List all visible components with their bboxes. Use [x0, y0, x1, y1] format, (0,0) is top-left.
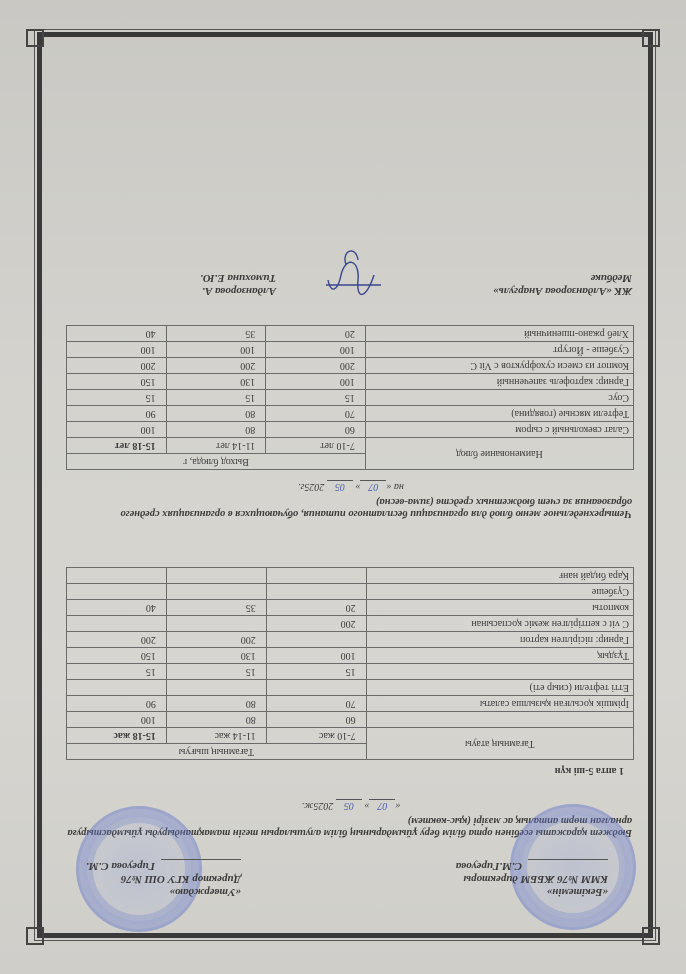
dish-name-cell: Салат свекольный с сыром — [365, 422, 633, 438]
portion-cell: 80 — [166, 422, 266, 438]
portion-cell: 200 — [266, 616, 366, 632]
signature-name: Алданзорова А. — [200, 284, 276, 297]
ru-table-body: Салат свекольный с сыром6080100Тефтели м… — [67, 326, 634, 438]
dish-name-cell — [366, 712, 633, 728]
kz-col-age: 7-10 жас — [266, 728, 366, 744]
portion-cell: 20 — [266, 326, 366, 342]
ru-menu-date: на «07» 05 2025г. — [66, 480, 636, 493]
portion-cell: 70 — [266, 696, 366, 712]
portion-cell: 200 — [166, 358, 266, 374]
approval-kz-name: С.М.Гиреуова — [456, 860, 522, 872]
corner-ornament — [26, 927, 44, 945]
date-year: 2025ж. — [302, 800, 334, 811]
signature-name: Тимохина Е.Ю. — [200, 271, 276, 284]
portion-cell — [67, 616, 167, 632]
signature-right: Алданзорова А. Тимохина Е.Ю. — [200, 271, 276, 297]
date-month: 05 — [327, 480, 353, 492]
table-row: 6080100 — [67, 712, 634, 728]
date-day: 07 — [360, 480, 386, 492]
date-quote: » — [364, 800, 369, 811]
portion-cell: 100 — [266, 648, 366, 664]
table-row: Тефтели мясные (говядина)708090 — [67, 406, 634, 422]
approval-ru-position: Директор КГУ ОШ №76 — [86, 872, 241, 885]
portion-cell: 15 — [67, 664, 167, 680]
table-row: Тұздық100130150 — [67, 648, 634, 664]
portion-cell: 90 — [67, 406, 167, 422]
kz-menu-table: Тағамның атауы Тағамның шығуы 7-10 жас 1… — [66, 567, 634, 760]
table-row: Хлеб ржано-пшеничный203540 — [67, 326, 634, 342]
table-row: Компот из смеси сухофруктов с Vit C20020… — [67, 358, 634, 374]
date-quote: » — [355, 481, 360, 492]
table-row: С vit с кептірілген жеміс қоспасынан200 — [67, 616, 634, 632]
corner-ornament — [26, 29, 44, 47]
table-row: Етті тефтели (сиыр еті) — [67, 680, 634, 696]
dish-name-cell: Гарнир: пісірілген картоп — [366, 632, 633, 648]
dish-name-cell: Ірімшік қосылған қызылша салаты — [366, 696, 633, 712]
document-content: «Бекітемін» КММ №76 ЖББМ директоры С.М.Г… — [66, 217, 636, 934]
portion-cell — [266, 568, 366, 584]
date-quote: « — [395, 800, 400, 811]
portion-cell: 130 — [166, 374, 266, 390]
approval-ru-signature: Гиреуова С.М. — [86, 859, 241, 872]
approval-kz-title: «Бекітемін» — [456, 885, 608, 898]
ru-menu-table: Наименование блюд Выход блюда, г 7-10 ле… — [66, 325, 634, 470]
dish-name-cell: Тұздық — [366, 648, 633, 664]
portion-cell: 20 — [266, 600, 366, 616]
portion-cell: 100 — [67, 712, 167, 728]
corner-ornament — [642, 29, 660, 47]
portion-cell: 100 — [166, 342, 266, 358]
table-row: Гарнир: пісірілген картоп200200 — [67, 632, 634, 648]
menu-sheet-rotated: «Бекітемін» КММ №76 ЖББМ директоры С.М.Г… — [0, 0, 686, 974]
portion-cell: 100 — [266, 374, 366, 390]
portion-cell: 40 — [67, 600, 167, 616]
portion-cell: 15 — [266, 390, 366, 406]
corner-ornament — [642, 927, 660, 945]
dish-name-cell: Етті тефтели (сиыр еті) — [366, 680, 633, 696]
week-day-label: 1 апта 5-ші күн — [66, 764, 624, 777]
portion-cell: 60 — [266, 712, 366, 728]
dish-name-cell — [366, 664, 633, 680]
table-row: Гарнир: картофель запеченный100130150 — [67, 374, 634, 390]
handwritten-signature-icon — [316, 245, 386, 305]
dish-name-cell: Соус — [365, 390, 633, 406]
table-row: 151515 — [67, 664, 634, 680]
portion-cell: 200 — [67, 358, 167, 374]
portion-cell: 35 — [166, 600, 266, 616]
signature-org: ЖК «Алданзорова Анаргуль» — [493, 284, 632, 297]
portion-cell: 150 — [67, 374, 167, 390]
date-quote: на « — [386, 481, 403, 492]
portion-cell: 200 — [266, 358, 366, 374]
approval-block: «Бекітемін» КММ №76 ЖББМ директоры С.М.Г… — [66, 842, 636, 934]
portion-cell — [166, 584, 266, 600]
portion-cell: 15 — [166, 390, 266, 406]
table-row: Салат свекольный с сыром6080100 — [67, 422, 634, 438]
ru-col-age: 11-14 лет — [166, 438, 266, 454]
table-row: Соус151515 — [67, 390, 634, 406]
portion-cell — [166, 680, 266, 696]
portion-cell: 130 — [166, 648, 266, 664]
signature-block: ЖК «Алданзорова Анаргуль» Медбике Алданз… — [66, 217, 636, 307]
portion-cell — [67, 584, 167, 600]
kz-table-body: 6080100Ірімшік қосылған қызылша салаты70… — [67, 568, 634, 728]
table-row: Сузбеше - Йогурт100100100 — [67, 342, 634, 358]
portion-cell: 15 — [67, 390, 167, 406]
portion-cell: 150 — [67, 648, 167, 664]
dish-name-cell: Гарнир: картофель запеченный — [365, 374, 633, 390]
kz-col-output: Тағамның шығуы — [67, 744, 367, 760]
approval-kz-signature: С.М.Гиреуова — [456, 859, 608, 872]
portion-cell: 200 — [166, 632, 266, 648]
date-month: 05 — [336, 799, 362, 811]
portion-cell: 100 — [266, 342, 366, 358]
portion-cell: 70 — [266, 406, 366, 422]
dish-name-cell: Қара бидай нанғ — [366, 568, 633, 584]
kz-col-dish-name: Тағамның атауы — [366, 728, 633, 760]
portion-cell: 80 — [166, 406, 266, 422]
approval-kz-position: КММ №76 ЖББМ директоры — [456, 872, 608, 885]
dish-name-cell: С vit с кептірілген жеміс қоспасынан — [366, 616, 633, 632]
portion-cell: 100 — [67, 342, 167, 358]
portion-cell — [266, 584, 366, 600]
portion-cell: 15 — [266, 664, 366, 680]
kz-col-age: 11-14 жас — [166, 728, 266, 744]
portion-cell — [166, 616, 266, 632]
dish-name-cell: Хлеб ржано-пшеничный — [365, 326, 633, 342]
portion-cell: 35 — [166, 326, 266, 342]
portion-cell — [67, 680, 167, 696]
portion-cell — [266, 632, 366, 648]
dish-name-cell: Сузбеше - Йогурт — [365, 342, 633, 358]
portion-cell: 100 — [67, 422, 167, 438]
table-row: Ірімшік қосылған қызылша салаты708090 — [67, 696, 634, 712]
portion-cell: 15 — [166, 664, 266, 680]
portion-cell: 80 — [166, 712, 266, 728]
approval-ru-name: Гиреуова С.М. — [86, 860, 155, 872]
portion-cell — [67, 568, 167, 584]
kz-col-age: 15-18 жас — [67, 728, 167, 744]
signature-left: ЖК «Алданзорова Анаргуль» Медбике — [493, 271, 632, 297]
ru-menu-heading: Четырехнедельное меню блюд для организац… — [66, 495, 636, 519]
table-row: компоты203540 — [67, 600, 634, 616]
date-day: 07 — [369, 799, 395, 811]
ru-col-output: Выход блюда, г — [67, 454, 366, 470]
dish-name-cell: Сүзбеше — [366, 584, 633, 600]
approval-ru-title: «Утверждаю» — [86, 885, 241, 898]
table-row: Қара бидай нанғ — [67, 568, 634, 584]
portion-cell — [266, 680, 366, 696]
portion-cell: 60 — [266, 422, 366, 438]
dish-name-cell: Тефтели мясные (говядина) — [365, 406, 633, 422]
portion-cell: 40 — [67, 326, 167, 342]
table-row: Сүзбеше — [67, 584, 634, 600]
date-year: 2025г. — [298, 481, 324, 492]
signature-role: Медбике — [493, 271, 632, 284]
dish-name-cell: компоты — [366, 600, 633, 616]
ru-col-dish-name: Наименование блюд — [365, 438, 633, 470]
ru-col-age: 7-10 лет — [266, 438, 366, 454]
portion-cell — [166, 568, 266, 584]
portion-cell: 200 — [67, 632, 167, 648]
portion-cell: 80 — [166, 696, 266, 712]
approval-ru: «Утверждаю» Директор КГУ ОШ №76 Гиреуова… — [86, 859, 241, 898]
approval-kz: «Бекітемін» КММ №76 ЖББМ директоры С.М.Г… — [456, 859, 608, 898]
dish-name-cell: Компот из смеси сухофруктов с Vit C — [365, 358, 633, 374]
portion-cell: 90 — [67, 696, 167, 712]
document-photo: «Бекітемін» КММ №76 ЖББМ директоры С.М.Г… — [0, 0, 686, 974]
ru-col-age: 15-18 лет — [67, 438, 167, 454]
